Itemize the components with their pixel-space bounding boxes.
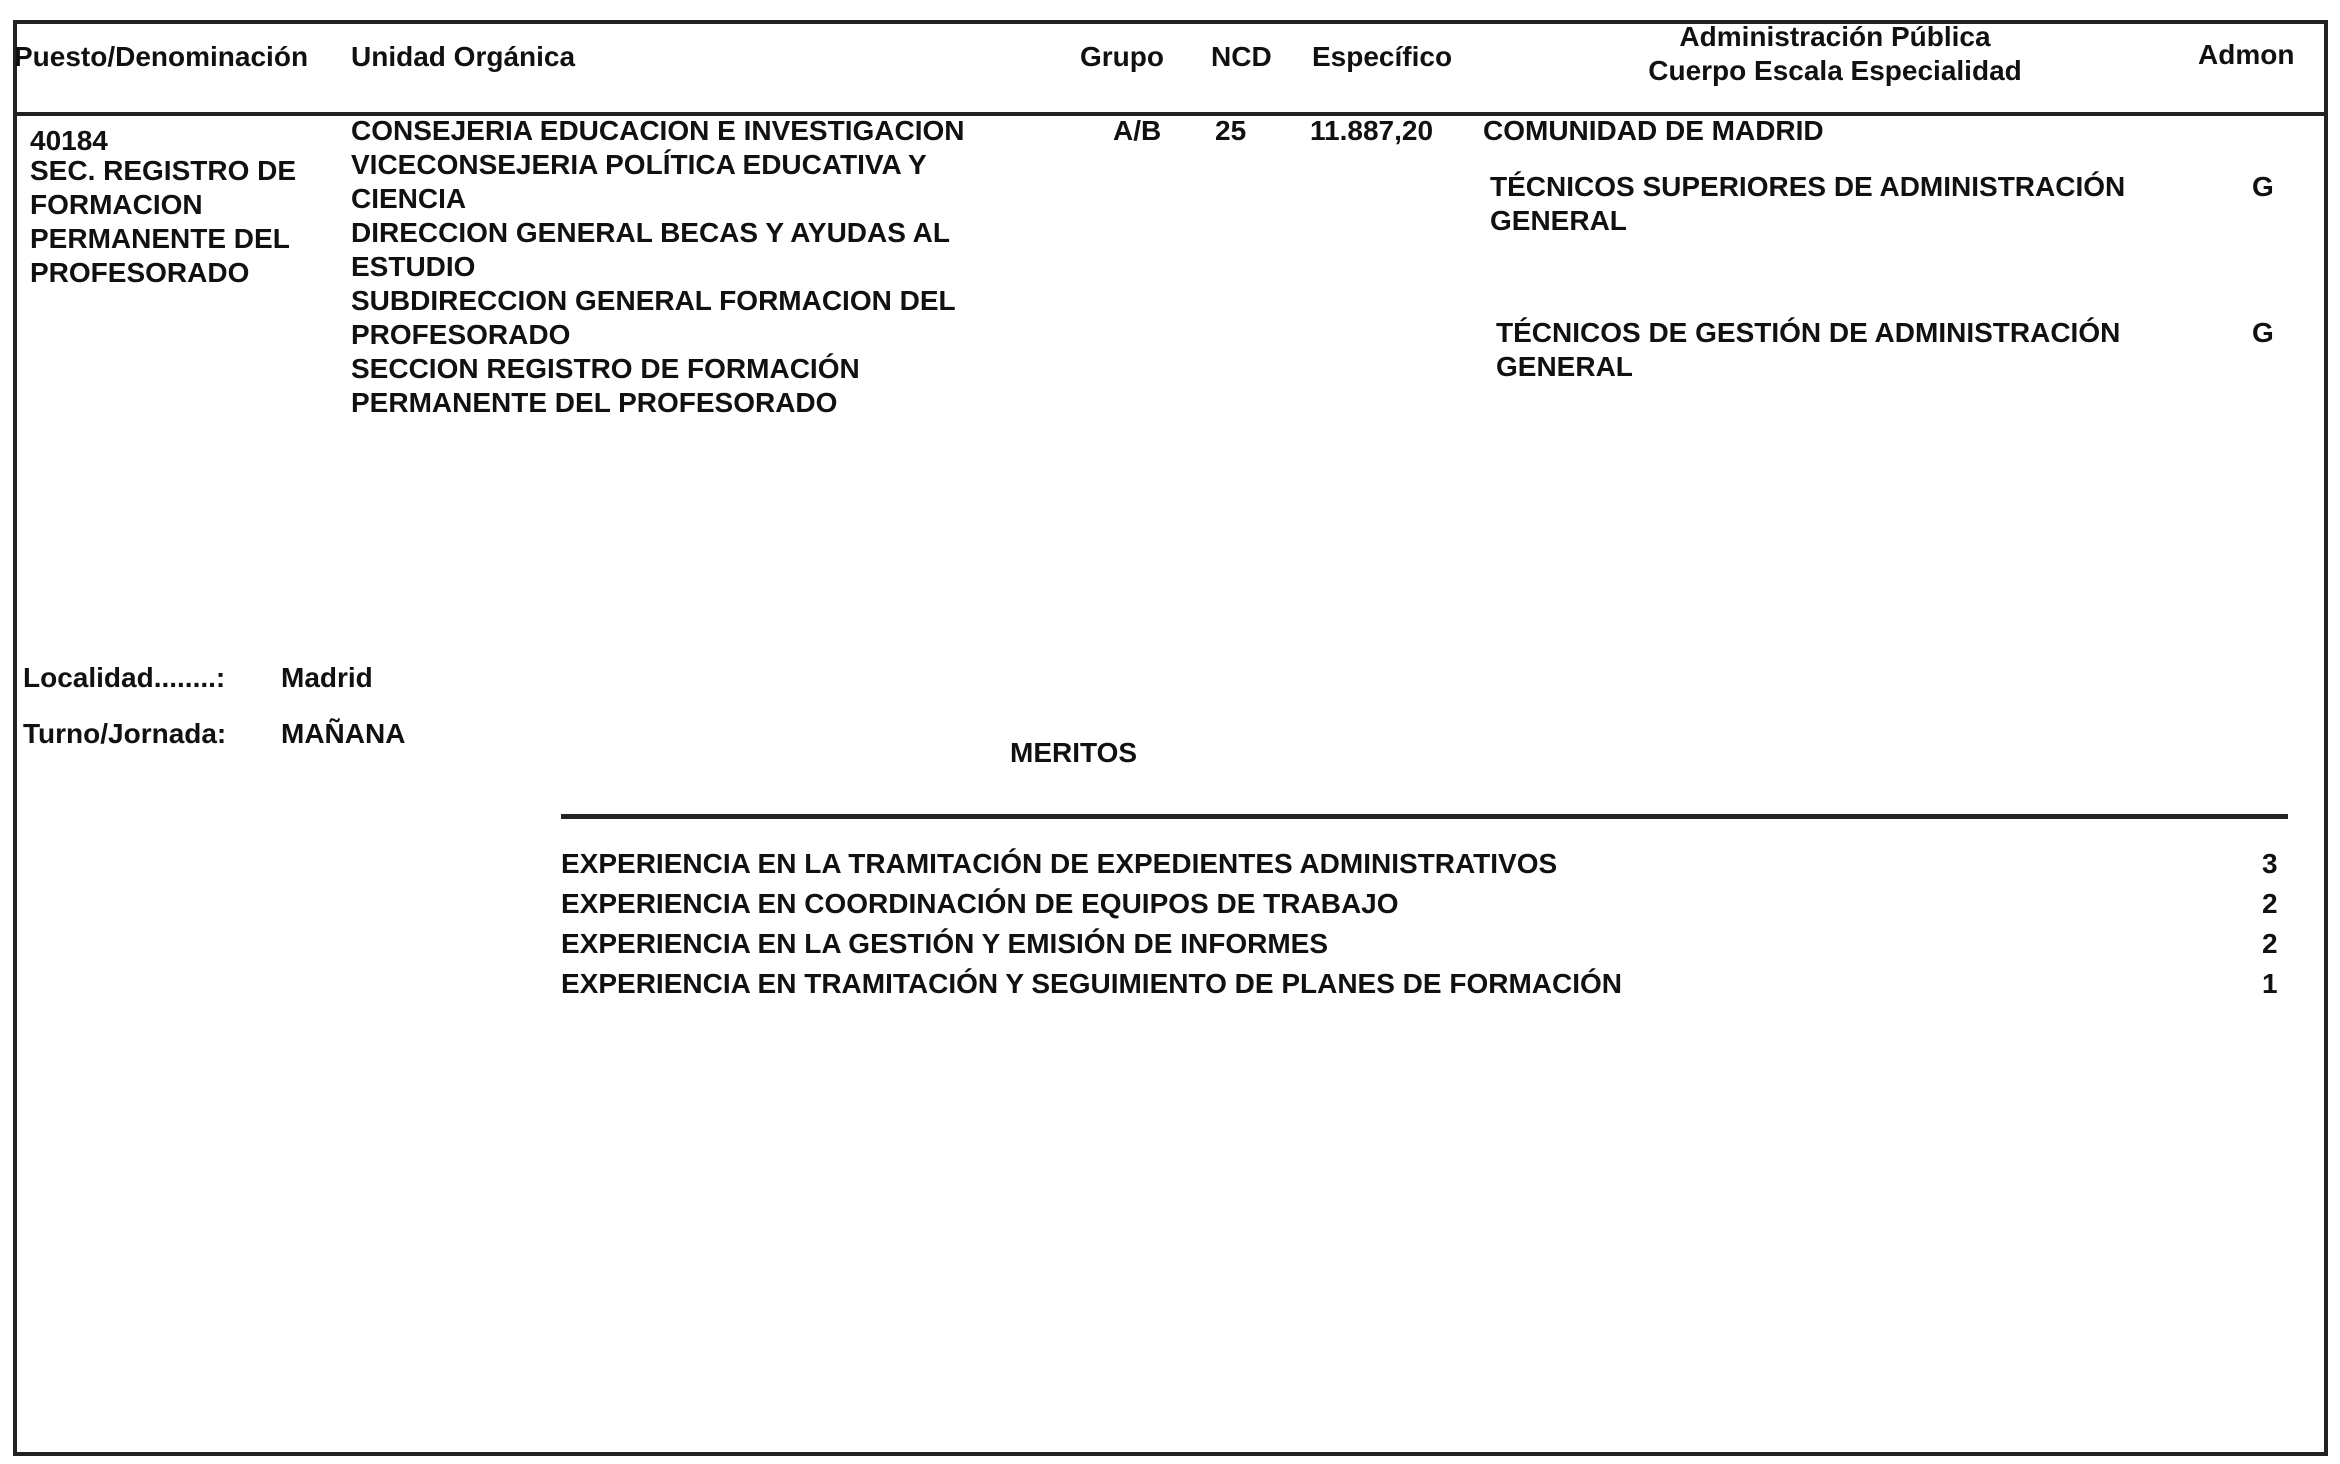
puesto-codigo: 40184 bbox=[30, 124, 296, 158]
puesto-denominacion-line: PROFESORADO bbox=[30, 256, 296, 290]
merito-item-text: EXPERIENCIA EN TRAMITACIÓN Y SEGUIMIENTO… bbox=[561, 967, 1622, 1001]
cuerpo-line: GENERAL bbox=[1496, 350, 2120, 384]
unidad-line: CIENCIA bbox=[351, 182, 964, 216]
merito-item-text: EXPERIENCIA EN COORDINACIÓN DE EQUIPOS D… bbox=[561, 887, 1399, 921]
puesto-denominacion-line: SEC. REGISTRO DE bbox=[30, 154, 296, 188]
meritos-divider bbox=[561, 814, 2288, 819]
header-ncd: NCD bbox=[1211, 40, 1272, 74]
unidad-line: SECCION REGISTRO DE FORMACIÓN bbox=[351, 352, 964, 386]
meritos-title: MERITOS bbox=[1010, 736, 1137, 770]
header-admon: Admon bbox=[2198, 38, 2294, 72]
puesto-denominacion-line: PERMANENTE DEL bbox=[30, 222, 296, 256]
cuerpo-1-admon: G bbox=[2252, 170, 2274, 204]
turno-value: MAÑANA bbox=[281, 717, 405, 751]
unidad-line: PROFESORADO bbox=[351, 318, 964, 352]
unidad-line: CONSEJERIA EDUCACION E INVESTIGACION bbox=[351, 114, 964, 148]
cuerpo-line: TÉCNICOS DE GESTIÓN DE ADMINISTRACIÓN bbox=[1496, 316, 2120, 350]
turno-label: Turno/Jornada: bbox=[23, 717, 226, 751]
localidad-label: Localidad........: bbox=[23, 661, 225, 695]
header-especifico: Específico bbox=[1312, 40, 1452, 74]
unidad-line: DIRECCION GENERAL BECAS Y AYUDAS AL bbox=[351, 216, 964, 250]
merito-item-points: 3 bbox=[2262, 847, 2278, 881]
merito-item-text: EXPERIENCIA EN LA TRAMITACIÓN DE EXPEDIE… bbox=[561, 847, 1557, 881]
especifico-value: 11.887,20 bbox=[1310, 114, 1433, 148]
cuerpo-2-admon: G bbox=[2252, 316, 2274, 350]
unidad-organica-cell: CONSEJERIA EDUCACION E INVESTIGACION VIC… bbox=[351, 114, 964, 420]
localidad-value: Madrid bbox=[281, 661, 373, 695]
grupo-value: A/B bbox=[1113, 114, 1161, 148]
cuerpo-1: TÉCNICOS SUPERIORES DE ADMINISTRACIÓN GE… bbox=[1490, 170, 2125, 238]
header-grupo: Grupo bbox=[1080, 40, 1164, 74]
cuerpo-line: GENERAL bbox=[1490, 204, 2125, 238]
header-admin-publica-line2: Cuerpo Escala Especialidad bbox=[1570, 54, 2100, 88]
puesto-denominacion-line: FORMACION bbox=[30, 188, 296, 222]
merito-item-points: 2 bbox=[2262, 927, 2278, 961]
header-puesto: Puesto/Denominación bbox=[14, 40, 308, 74]
unidad-line: PERMANENTE DEL PROFESORADO bbox=[351, 386, 964, 420]
cuerpo-line: TÉCNICOS SUPERIORES DE ADMINISTRACIÓN bbox=[1490, 170, 2125, 204]
unidad-line: VICECONSEJERIA POLÍTICA EDUCATIVA Y bbox=[351, 148, 964, 182]
administracion-value: COMUNIDAD DE MADRID bbox=[1483, 114, 1824, 148]
merito-item-text: EXPERIENCIA EN LA GESTIÓN Y EMISIÓN DE I… bbox=[561, 927, 1328, 961]
cuerpo-2: TÉCNICOS DE GESTIÓN DE ADMINISTRACIÓN GE… bbox=[1496, 316, 2120, 384]
ncd-value: 25 bbox=[1215, 114, 1246, 148]
puesto-cell: 40184 SEC. REGISTRO DE FORMACION PERMANE… bbox=[30, 124, 296, 290]
unidad-line: ESTUDIO bbox=[351, 250, 964, 284]
unidad-line: SUBDIRECCION GENERAL FORMACION DEL bbox=[351, 284, 964, 318]
header-admin-publica: Administración Pública Cuerpo Escala Esp… bbox=[1570, 20, 2100, 88]
merito-item-points: 2 bbox=[2262, 887, 2278, 921]
header-admin-publica-line1: Administración Pública bbox=[1570, 20, 2100, 54]
header-unidad: Unidad Orgánica bbox=[351, 40, 575, 74]
merito-item-points: 1 bbox=[2262, 967, 2278, 1001]
